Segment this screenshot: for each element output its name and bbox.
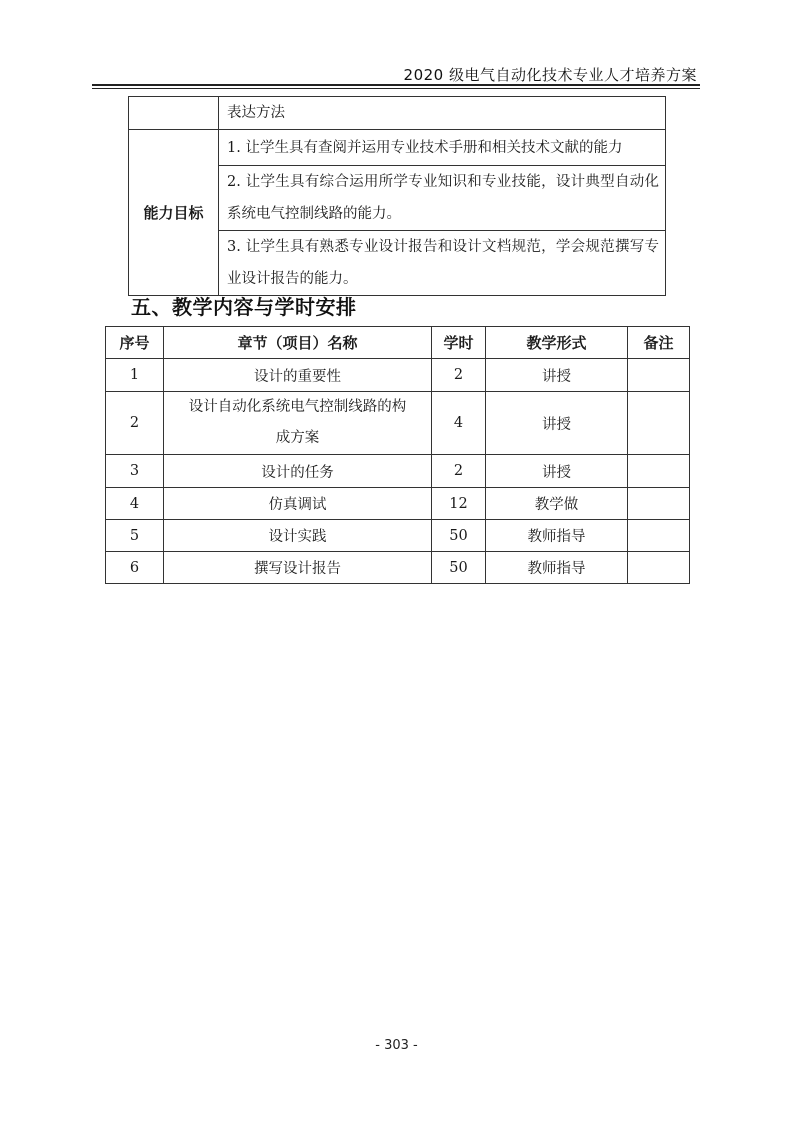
cell-form: 教学做 <box>486 488 628 520</box>
cell-no: 6 <box>106 552 164 584</box>
table-row: 5 设计实践 50 教师指导 <box>106 520 690 552</box>
cell-remark <box>628 455 690 488</box>
empty-label-cell <box>129 97 219 130</box>
cell-hours: 50 <box>432 520 486 552</box>
cell-name: 仿真调试 <box>164 488 432 520</box>
table-header-row: 序号 章节（项目）名称 学时 教学形式 备注 <box>106 327 690 359</box>
table-row: 4 仿真调试 12 教学做 <box>106 488 690 520</box>
document-header-title: 2020 级电气自动化技术专业人才培养方案 <box>404 64 697 85</box>
cell-no: 1 <box>106 359 164 392</box>
cell-remark <box>628 359 690 392</box>
header-double-rule <box>92 84 700 89</box>
cell-remark <box>628 392 690 455</box>
section-heading: 五、教学内容与学时安排 <box>131 291 357 320</box>
cell-name: 设计的重要性 <box>164 359 432 392</box>
header-chapter-name: 章节（项目）名称 <box>164 327 432 359</box>
objective-text-expression-method: 表达方法 <box>219 97 666 130</box>
cell-remark <box>628 552 690 584</box>
ability-objectives-table: 表达方法 能力目标 1. 让学生具有查阅并运用专业技术手册和相关技术文献的能力 … <box>128 96 666 296</box>
cell-name: 撰写设计报告 <box>164 552 432 584</box>
table-row: 6 撰写设计报告 50 教师指导 <box>106 552 690 584</box>
table-row: 1 设计的重要性 2 讲授 <box>106 359 690 392</box>
page-number: - 303 - <box>0 1038 793 1053</box>
ability-item-3: 3. 让学生具有熟悉专业设计报告和设计文档规范，学会规范撰写专业设计报告的能力。 <box>219 231 666 296</box>
cell-hours: 12 <box>432 488 486 520</box>
cell-hours: 2 <box>432 359 486 392</box>
header-remarks: 备注 <box>628 327 690 359</box>
table-row: 3 设计的任务 2 讲授 <box>106 455 690 488</box>
cell-hours: 4 <box>432 392 486 455</box>
cell-name: 设计实践 <box>164 520 432 552</box>
cell-name: 设计自动化系统电气控制线路的构成方案 <box>164 392 432 455</box>
header-no: 序号 <box>106 327 164 359</box>
cell-hours: 50 <box>432 552 486 584</box>
cell-form: 讲授 <box>486 359 628 392</box>
cell-no: 5 <box>106 520 164 552</box>
cell-name: 设计的任务 <box>164 455 432 488</box>
header-teaching-form: 教学形式 <box>486 327 628 359</box>
cell-no: 2 <box>106 392 164 455</box>
teaching-schedule-table: 序号 章节（项目）名称 学时 教学形式 备注 1 设计的重要性 2 讲授 2 设… <box>105 326 690 584</box>
ability-objectives-label: 能力目标 <box>129 130 219 296</box>
ability-item-1: 1. 让学生具有查阅并运用专业技术手册和相关技术文献的能力 <box>219 130 666 166</box>
cell-remark <box>628 520 690 552</box>
cell-hours: 2 <box>432 455 486 488</box>
cell-no: 3 <box>106 455 164 488</box>
cell-remark <box>628 488 690 520</box>
cell-form: 讲授 <box>486 455 628 488</box>
cell-form: 讲授 <box>486 392 628 455</box>
cell-form: 教师指导 <box>486 520 628 552</box>
cell-form: 教师指导 <box>486 552 628 584</box>
cell-no: 4 <box>106 488 164 520</box>
ability-item-2: 2. 让学生具有综合运用所学专业知识和专业技能，设计典型自动化系统电气控制线路的… <box>219 166 666 231</box>
table-row: 2 设计自动化系统电气控制线路的构成方案 4 讲授 <box>106 392 690 455</box>
header-hours: 学时 <box>432 327 486 359</box>
